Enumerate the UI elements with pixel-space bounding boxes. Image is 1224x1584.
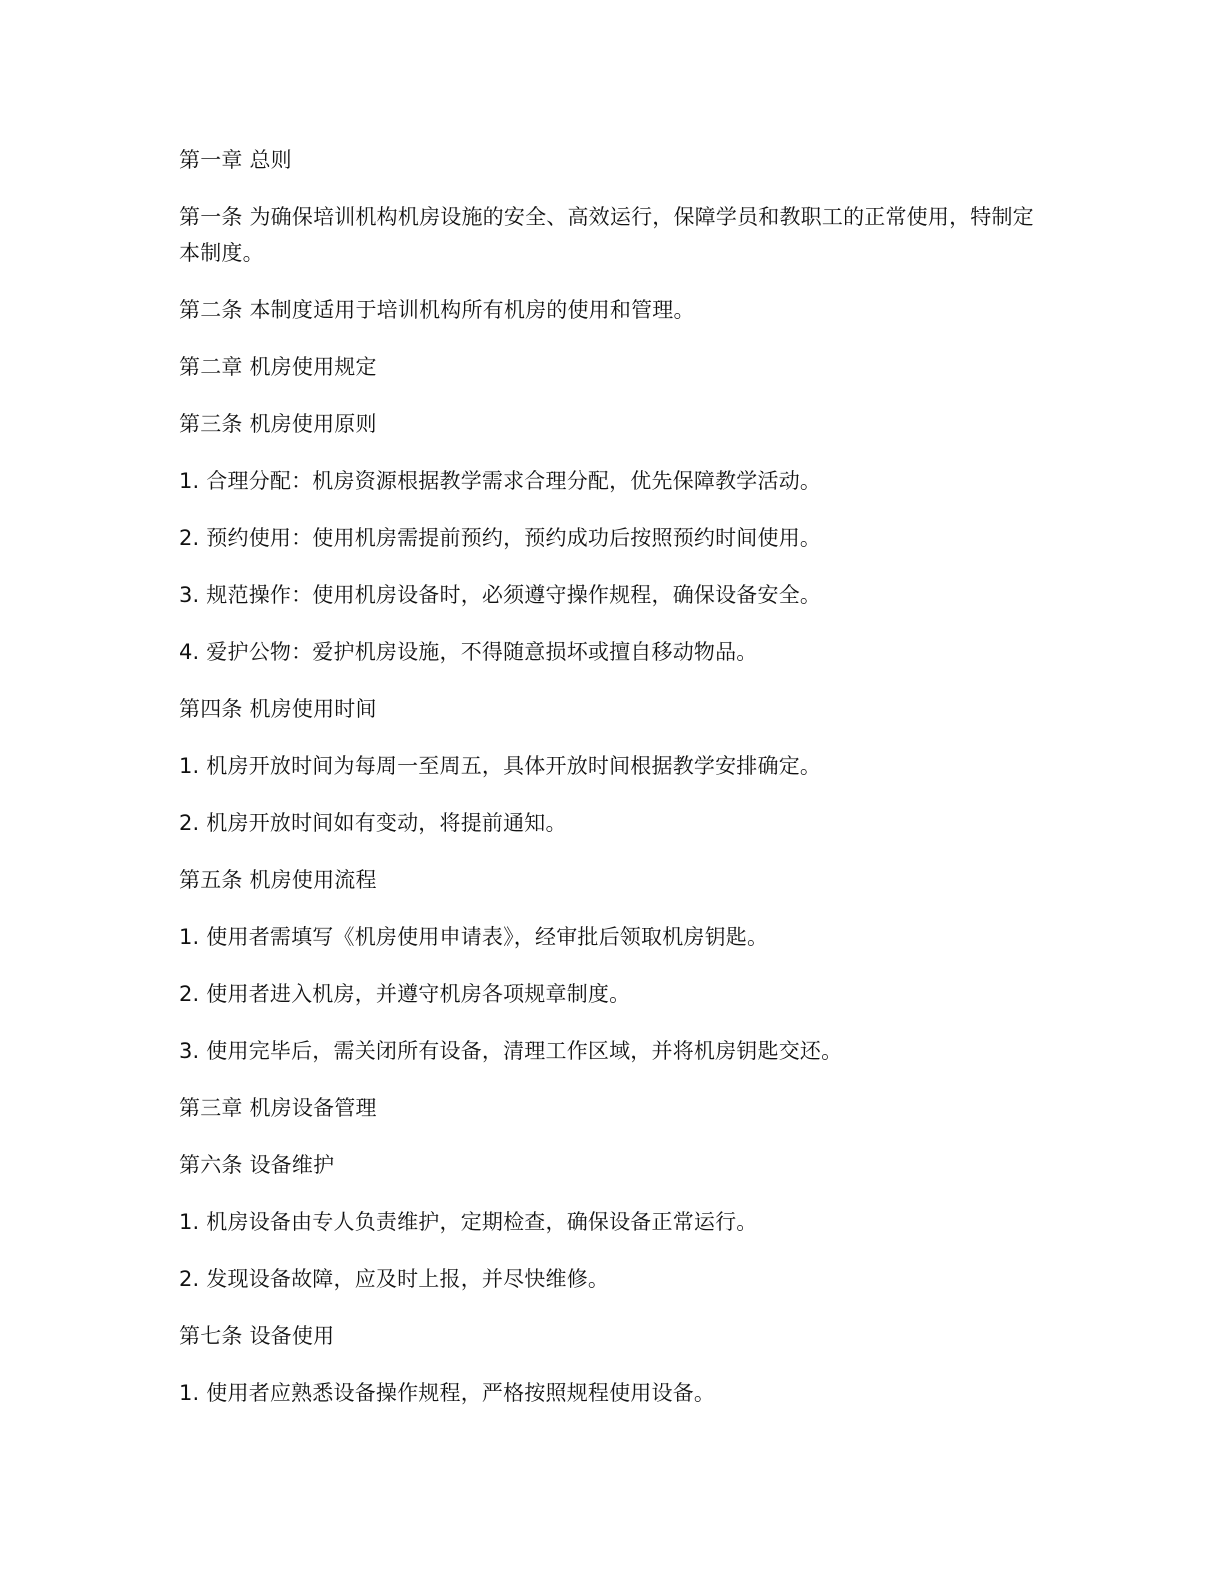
chapter-heading-3: 第三章 机房设备管理 bbox=[179, 1090, 1039, 1126]
article-7-heading: 第七条 设备使用 bbox=[179, 1318, 1039, 1354]
list-item: 1. 机房设备由专人负责维护，定期检查，确保设备正常运行。 bbox=[179, 1204, 1039, 1240]
list-item: 1. 使用者需填写《机房使用申请表》，经审批后领取机房钥匙。 bbox=[179, 919, 1039, 955]
article-3-heading: 第三条 机房使用原则 bbox=[179, 406, 1039, 442]
list-item: 1. 使用者应熟悉设备操作规程，严格按照规程使用设备。 bbox=[179, 1375, 1039, 1411]
article-4-heading: 第四条 机房使用时间 bbox=[179, 691, 1039, 727]
list-item: 2. 发现设备故障，应及时上报，并尽快维修。 bbox=[179, 1261, 1039, 1297]
list-item: 2. 使用者进入机房，并遵守机房各项规章制度。 bbox=[179, 976, 1039, 1012]
list-item: 1. 合理分配：机房资源根据教学需求合理分配，优先保障教学活动。 bbox=[179, 463, 1039, 499]
list-item: 2. 机房开放时间如有变动，将提前通知。 bbox=[179, 805, 1039, 841]
list-item: 3. 规范操作：使用机房设备时，必须遵守操作规程，确保设备安全。 bbox=[179, 577, 1039, 613]
article-5-heading: 第五条 机房使用流程 bbox=[179, 862, 1039, 898]
article-2: 第二条 本制度适用于培训机构所有机房的使用和管理。 bbox=[179, 292, 1039, 328]
list-item: 1. 机房开放时间为每周一至周五，具体开放时间根据教学安排确定。 bbox=[179, 748, 1039, 784]
list-item: 2. 预约使用：使用机房需提前预约，预约成功后按照预约时间使用。 bbox=[179, 520, 1039, 556]
article-1: 第一条 为确保培训机构机房设施的安全、高效运行，保障学员和教职工的正常使用，特制… bbox=[179, 199, 1039, 271]
chapter-heading-2: 第二章 机房使用规定 bbox=[179, 349, 1039, 385]
chapter-heading-1: 第一章 总则 bbox=[179, 142, 1039, 178]
article-6-heading: 第六条 设备维护 bbox=[179, 1147, 1039, 1183]
document-page: 第一章 总则 第一条 为确保培训机构机房设施的安全、高效运行，保障学员和教职工的… bbox=[179, 142, 1039, 1432]
list-item: 3. 使用完毕后，需关闭所有设备，清理工作区域，并将机房钥匙交还。 bbox=[179, 1033, 1039, 1069]
list-item: 4. 爱护公物：爱护机房设施，不得随意损坏或擅自移动物品。 bbox=[179, 634, 1039, 670]
